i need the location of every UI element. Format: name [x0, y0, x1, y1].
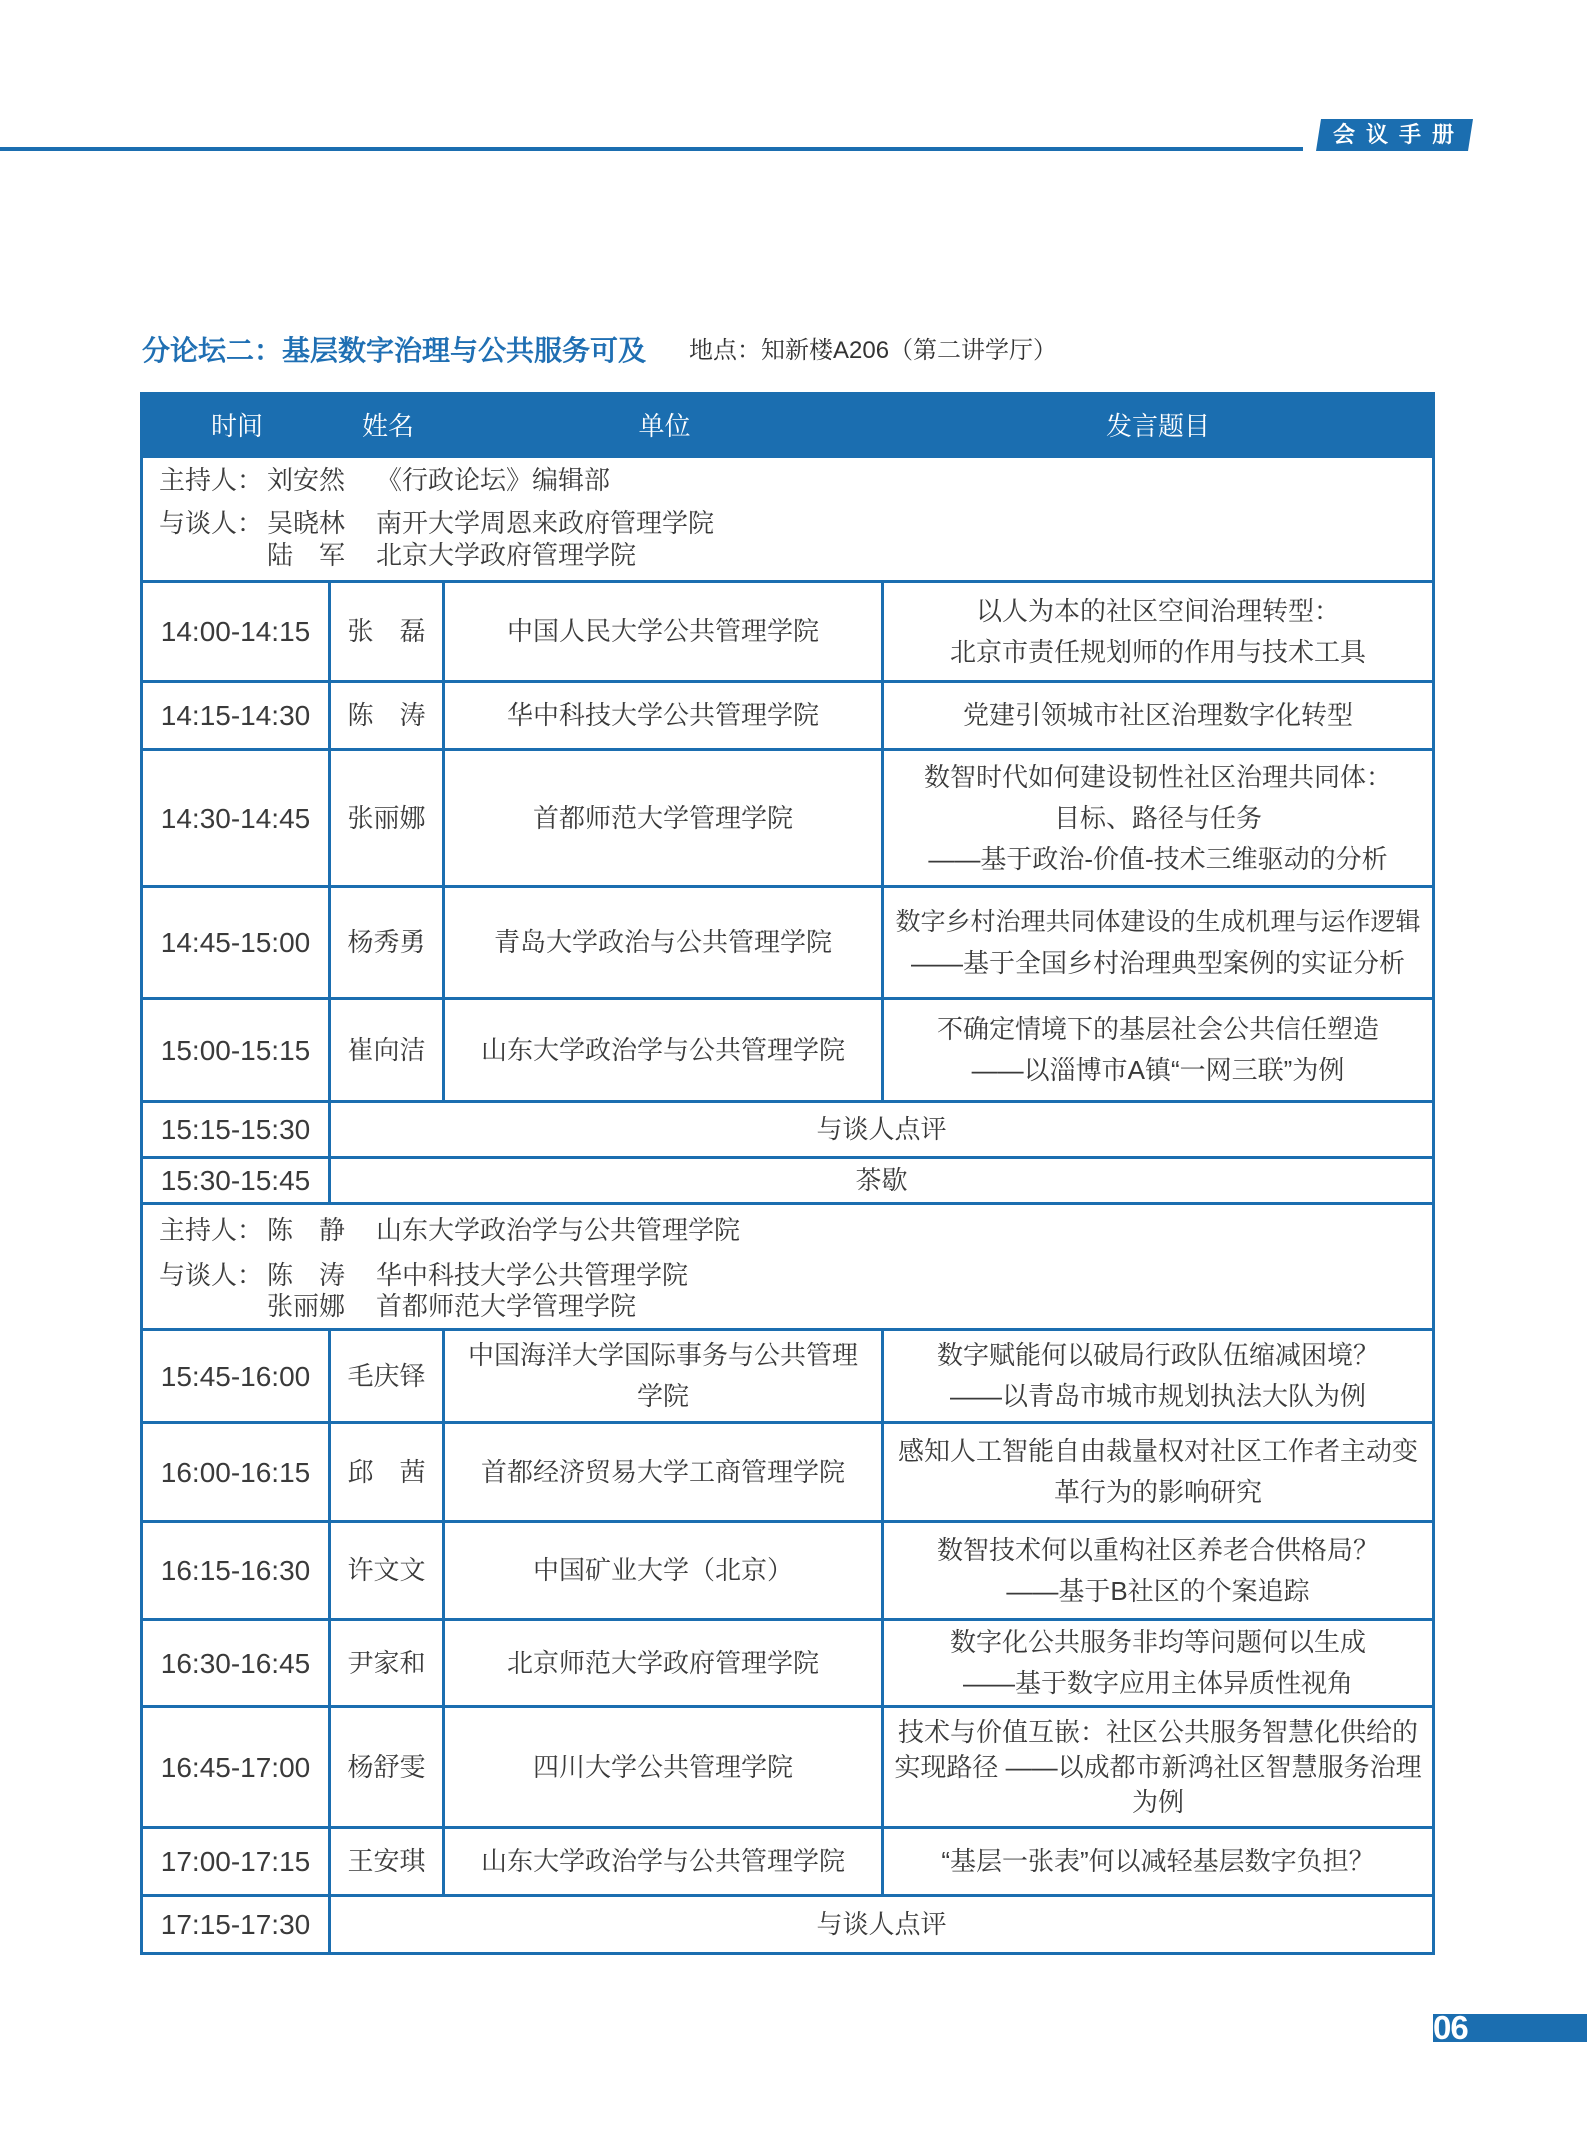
- header-name: 姓名: [331, 395, 445, 458]
- topic-cell: 数字赋能何以破局行政队伍缩减困境？ ——以青岛市城市规划执法大队为例: [884, 1331, 1432, 1421]
- time-cell: 17:15-17:30: [143, 1897, 331, 1952]
- discussant-line: 陆 军 北京大学政府管理学院: [143, 539, 1432, 571]
- discussant-name: 张丽娜: [267, 1290, 345, 1322]
- forum-title: 分论坛二：基层数字治理与公共服务可及: [142, 333, 646, 369]
- speaker-name: 崔向洁: [347, 1030, 425, 1071]
- topic-line: 数智时代如何建设韧性社区治理共同体：: [924, 757, 1392, 798]
- time-cell: 15:30-15:45: [143, 1159, 331, 1202]
- topic-line: ——基于全国乡村治理典型案例的实证分析: [911, 943, 1405, 984]
- break-cell: 与谈人点评: [331, 1897, 1432, 1952]
- time-text: 15:45-16:00: [161, 1356, 310, 1397]
- time-cell: 14:15-14:30: [143, 683, 331, 748]
- name-cell: 杨秀勇: [331, 888, 445, 997]
- unit-cell: 中国矿业大学（北京）: [445, 1523, 884, 1618]
- unit-cell: 山东大学政治学与公共管理学院: [445, 1000, 884, 1100]
- topic-cell: 党建引领城市社区治理数字化转型: [884, 683, 1432, 748]
- table-row: 14:45-15:00 杨秀勇 青岛大学政治与公共管理学院 数字乡村治理共同体建…: [143, 885, 1432, 997]
- unit-text: 学院: [637, 1376, 689, 1417]
- time-text: 17:15-17:30: [161, 1904, 310, 1945]
- table-row: 16:45-17:00 杨舒雯 四川大学公共管理学院 技术与价值互嵌：社区公共服…: [143, 1705, 1432, 1826]
- unit-text: 中国海洋大学国际事务与公共管理: [468, 1335, 858, 1376]
- time-text: 15:00-15:15: [161, 1030, 310, 1071]
- name-cell: 张 磊: [331, 583, 445, 680]
- discussant-line: 与谈人： 陈 涛 华中科技大学公共管理学院: [143, 1259, 1432, 1291]
- break-row: 15:15-15:30 与谈人点评: [143, 1100, 1432, 1156]
- host-line: 主持人： 刘安然 《行政论坛》编辑部: [143, 464, 1432, 496]
- break-row: 15:30-15:45 茶歇: [143, 1156, 1432, 1202]
- header-unit: 单位: [445, 395, 884, 458]
- name-cell: 崔向洁: [331, 1000, 445, 1100]
- topic-line: 感知人工智能自由裁量权对社区工作者主动变: [898, 1431, 1418, 1472]
- header-time: 时间: [143, 395, 331, 458]
- unit-text: 青岛大学政治与公共管理学院: [494, 922, 832, 963]
- time-cell: 16:00-16:15: [143, 1424, 331, 1520]
- time-text: 14:15-14:30: [161, 695, 310, 736]
- break-label: 茶歇: [855, 1160, 907, 1201]
- topic-line: 党建引领城市社区治理数字化转型: [963, 695, 1353, 736]
- unit-text: 山东大学政治学与公共管理学院: [481, 1841, 845, 1882]
- time-text: 14:00-14:15: [161, 611, 310, 652]
- host-name: 陈 静: [267, 1214, 345, 1246]
- time-text: 17:00-17:15: [161, 1841, 310, 1882]
- time-cell: 17:00-17:15: [143, 1829, 331, 1894]
- page-number: 06: [1433, 2014, 1587, 2042]
- time-text: 16:00-16:15: [161, 1452, 310, 1493]
- topic-cell: 不确定情境下的基层社会公共信任塑造 ——以淄博市A镇“一网三联”为例: [884, 1000, 1432, 1100]
- topic-cell: 数智时代如何建设韧性社区治理共同体： 目标、路径与任务 ——基于政治-价值-技术…: [884, 751, 1432, 885]
- time-cell: 14:30-14:45: [143, 751, 331, 885]
- time-cell: 16:30-16:45: [143, 1621, 331, 1705]
- discussant-label: 与谈人：: [159, 507, 263, 539]
- header-topic-label: 发言题目: [1106, 406, 1210, 447]
- break-label: 与谈人点评: [816, 1904, 946, 1945]
- host-block: 主持人： 刘安然 《行政论坛》编辑部 与谈人： 吴晓林 南开大学周恩来政府管理学…: [143, 458, 1432, 580]
- discussant-unit: 南开大学周恩来政府管理学院: [376, 507, 714, 539]
- unit-text: 中国人民大学公共管理学院: [507, 611, 819, 652]
- topic-line: 以人为本的社区空间治理转型：: [976, 591, 1340, 632]
- unit-text: 四川大学公共管理学院: [533, 1747, 793, 1788]
- time-cell: 14:45-15:00: [143, 888, 331, 997]
- header-unit-label: 单位: [638, 406, 690, 447]
- topic-cell: 数字化公共服务非均等问题何以生成 ——基于数字应用主体异质性视角: [884, 1621, 1432, 1705]
- topic-cell: 感知人工智能自由裁量权对社区工作者主动变 革行为的影响研究: [884, 1424, 1432, 1520]
- unit-text: 山东大学政治学与公共管理学院: [481, 1030, 845, 1071]
- time-cell: 15:00-15:15: [143, 1000, 331, 1100]
- host-label: 主持人：: [159, 464, 263, 496]
- host-line: 主持人： 陈 静 山东大学政治学与公共管理学院: [143, 1214, 1432, 1246]
- unit-text: 北京师范大学政府管理学院: [507, 1643, 819, 1684]
- speaker-name: 张 磊: [347, 611, 425, 652]
- table-row: 16:15-16:30 许文文 中国矿业大学（北京） 数智技术何以重构社区养老合…: [143, 1520, 1432, 1618]
- host-name: 刘安然: [267, 464, 345, 496]
- unit-cell: 中国人民大学公共管理学院: [445, 583, 884, 680]
- discussant-name: 陈 涛: [267, 1259, 345, 1291]
- unit-text: 首都经济贸易大学工商管理学院: [481, 1452, 845, 1493]
- topic-line: 北京市责任规划师的作用与技术工具: [950, 632, 1366, 673]
- topic-line: 为例: [1132, 1785, 1184, 1820]
- name-cell: 邱 茜: [331, 1424, 445, 1520]
- unit-text: 首都师范大学管理学院: [533, 798, 793, 839]
- topic-line: 目标、路径与任务: [1054, 798, 1262, 839]
- speaker-name: 张丽娜: [347, 798, 425, 839]
- header-time-label: 时间: [211, 406, 263, 447]
- table-row: 16:00-16:15 邱 茜 首都经济贸易大学工商管理学院 感知人工智能自由裁…: [143, 1421, 1432, 1520]
- time-text: 16:45-17:00: [161, 1747, 310, 1788]
- discussant-line: 与谈人： 吴晓林 南开大学周恩来政府管理学院: [143, 507, 1432, 539]
- header-rule: [0, 147, 1303, 151]
- unit-cell: 北京师范大学政府管理学院: [445, 1621, 884, 1705]
- name-cell: 张丽娜: [331, 751, 445, 885]
- unit-text: 中国矿业大学（北京）: [533, 1550, 793, 1591]
- topic-cell: 以人为本的社区空间治理转型： 北京市责任规划师的作用与技术工具: [884, 583, 1432, 680]
- name-cell: 陈 涛: [331, 683, 445, 748]
- name-cell: 尹家和: [331, 1621, 445, 1705]
- unit-cell: 中国海洋大学国际事务与公共管理 学院: [445, 1331, 884, 1421]
- unit-cell: 四川大学公共管理学院: [445, 1708, 884, 1826]
- name-cell: 杨舒雯: [331, 1708, 445, 1826]
- break-cell: 与谈人点评: [331, 1103, 1432, 1156]
- topic-line: 数智技术何以重构社区养老合供格局？: [937, 1530, 1379, 1571]
- speaker-name: 许文文: [347, 1550, 425, 1591]
- break-label: 与谈人点评: [816, 1109, 946, 1150]
- speaker-name: 尹家和: [347, 1643, 425, 1684]
- discussant-unit: 北京大学政府管理学院: [376, 539, 636, 571]
- table-row: 14:00-14:15 张 磊 中国人民大学公共管理学院 以人为本的社区空间治理…: [143, 580, 1432, 680]
- unit-cell: 首都经济贸易大学工商管理学院: [445, 1424, 884, 1520]
- speaker-name: 杨舒雯: [347, 1747, 425, 1788]
- topic-line: 实现路径 ——以成都市新鸿社区智慧服务治理: [894, 1750, 1421, 1785]
- topic-cell: 技术与价值互嵌：社区公共服务智慧化供给的 实现路径 ——以成都市新鸿社区智慧服务…: [884, 1708, 1432, 1826]
- time-text: 14:45-15:00: [161, 922, 310, 963]
- discussant-name: 吴晓林: [267, 507, 345, 539]
- speaker-name: 陈 涛: [347, 695, 425, 736]
- time-text: 15:30-15:45: [161, 1160, 310, 1201]
- time-cell: 15:45-16:00: [143, 1331, 331, 1421]
- unit-cell: 华中科技大学公共管理学院: [445, 683, 884, 748]
- table-row: 16:30-16:45 尹家和 北京师范大学政府管理学院 数字化公共服务非均等问…: [143, 1618, 1432, 1705]
- time-text: 16:30-16:45: [161, 1643, 310, 1684]
- break-row: 17:15-17:30 与谈人点评: [143, 1894, 1432, 1952]
- host-label: 主持人：: [159, 1214, 263, 1246]
- topic-line: 数字赋能何以破局行政队伍缩减困境？: [937, 1335, 1379, 1376]
- time-text: 14:30-14:45: [161, 798, 310, 839]
- schedule-table: 时间 姓名 单位 发言题目 主持人： 刘安然 《行政论坛》编辑部 与谈人： 吴晓…: [140, 392, 1435, 1955]
- discussant-label: 与谈人：: [159, 1259, 263, 1291]
- table-row: 17:00-17:15 王安琪 山东大学政治学与公共管理学院 “基层一张表”何以…: [143, 1826, 1432, 1894]
- speaker-name: 毛庆铎: [347, 1356, 425, 1397]
- unit-cell: 青岛大学政治与公共管理学院: [445, 888, 884, 997]
- speaker-name: 邱 茜: [347, 1452, 425, 1493]
- handbook-badge: 会议手册: [1316, 119, 1473, 151]
- forum-location: 地点：知新楼A206（第二讲学厅）: [689, 334, 1057, 368]
- unit-cell: 山东大学政治学与公共管理学院: [445, 1829, 884, 1894]
- header-name-label: 姓名: [362, 406, 414, 447]
- break-cell: 茶歇: [331, 1159, 1432, 1202]
- table-header: 时间 姓名 单位 发言题目: [143, 395, 1432, 458]
- table-row: 14:15-14:30 陈 涛 华中科技大学公共管理学院 党建引领城市社区治理数…: [143, 680, 1432, 748]
- host-unit: 《行政论坛》编辑部: [376, 464, 610, 496]
- topic-line: 技术与价值互嵌：社区公共服务智慧化供给的: [898, 1715, 1418, 1750]
- discussant-unit: 首都师范大学管理学院: [376, 1290, 636, 1322]
- host-block: 主持人： 陈 静 山东大学政治学与公共管理学院 与谈人： 陈 涛 华中科技大学公…: [143, 1202, 1432, 1328]
- time-cell: 16:45-17:00: [143, 1708, 331, 1826]
- name-cell: 毛庆铎: [331, 1331, 445, 1421]
- topic-cell: 数字乡村治理共同体建设的生成机理与运作逻辑 ——基于全国乡村治理典型案例的实证分…: [884, 888, 1432, 997]
- discussant-unit: 华中科技大学公共管理学院: [376, 1259, 688, 1291]
- time-text: 16:15-16:30: [161, 1550, 310, 1591]
- speaker-name: 杨秀勇: [347, 922, 425, 963]
- table-row: 15:45-16:00 毛庆铎 中国海洋大学国际事务与公共管理 学院 数字赋能何…: [143, 1328, 1432, 1421]
- unit-cell: 首都师范大学管理学院: [445, 751, 884, 885]
- topic-line: 数字乡村治理共同体建设的生成机理与运作逻辑: [895, 902, 1420, 943]
- topic-line: ——以青岛市城市规划执法大队为例: [950, 1376, 1366, 1417]
- topic-cell: “基层一张表”何以减轻基层数字负担？: [884, 1829, 1432, 1894]
- host-unit: 山东大学政治学与公共管理学院: [376, 1214, 740, 1246]
- name-cell: 王安琪: [331, 1829, 445, 1894]
- topic-line: 数字化公共服务非均等问题何以生成: [950, 1622, 1366, 1663]
- time-cell: 15:15-15:30: [143, 1103, 331, 1156]
- header-topic: 发言题目: [884, 395, 1432, 458]
- topic-line: ——基于B社区的个案追踪: [1006, 1571, 1309, 1612]
- topic-line: 革行为的影响研究: [1054, 1472, 1262, 1513]
- discussant-line: 张丽娜 首都师范大学管理学院: [143, 1290, 1432, 1322]
- topic-line: ——基于数字应用主体异质性视角: [963, 1663, 1353, 1704]
- discussant-name: 陆 军: [267, 539, 345, 571]
- time-cell: 16:15-16:30: [143, 1523, 331, 1618]
- topic-cell: 数智技术何以重构社区养老合供格局？ ——基于B社区的个案追踪: [884, 1523, 1432, 1618]
- topic-line: “基层一张表”何以减轻基层数字负担？: [941, 1841, 1374, 1882]
- time-text: 15:15-15:30: [161, 1109, 310, 1150]
- name-cell: 许文文: [331, 1523, 445, 1618]
- unit-text: 华中科技大学公共管理学院: [507, 695, 819, 736]
- table-row: 14:30-14:45 张丽娜 首都师范大学管理学院 数智时代如何建设韧性社区治…: [143, 748, 1432, 885]
- speaker-name: 王安琪: [347, 1841, 425, 1882]
- time-cell: 14:00-14:15: [143, 583, 331, 680]
- topic-line: 不确定情境下的基层社会公共信任塑造: [937, 1009, 1379, 1050]
- topic-line: ——基于政治-价值-技术三维驱动的分析: [928, 839, 1387, 880]
- table-row: 15:00-15:15 崔向洁 山东大学政治学与公共管理学院 不确定情境下的基层…: [143, 997, 1432, 1100]
- topic-line: ——以淄博市A镇“一网三联”为例: [972, 1050, 1345, 1091]
